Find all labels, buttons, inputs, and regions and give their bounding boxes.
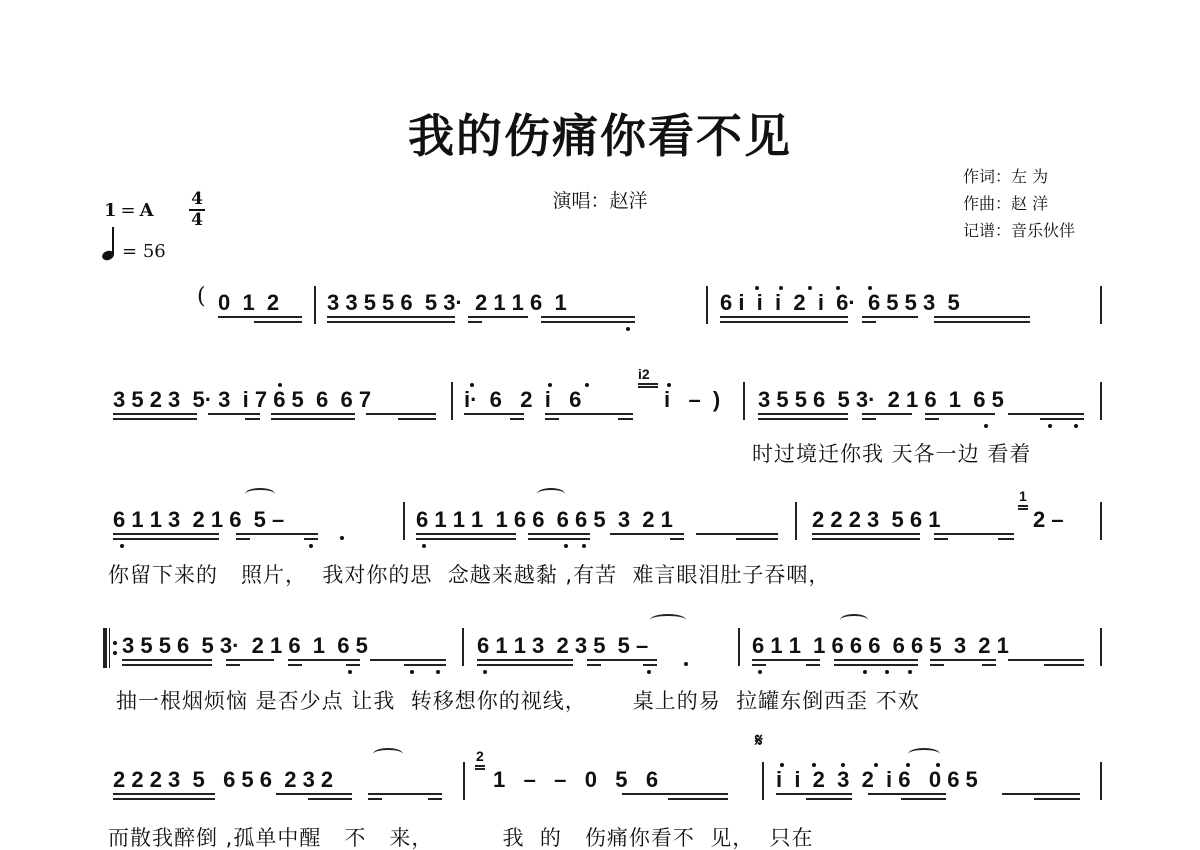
slur — [908, 748, 940, 760]
underline — [428, 798, 442, 800]
high-octave-dot — [868, 286, 872, 290]
underline — [545, 418, 559, 420]
underline — [327, 321, 455, 323]
underline — [812, 533, 920, 535]
high-octave-dot — [874, 763, 878, 767]
underline — [758, 413, 848, 415]
lyrics-line-2: 你留下来的 照片， 我对你的思 念越来越黏 ,有苦 难言眼泪肚子吞咽， — [108, 559, 830, 589]
bar-line — [1100, 286, 1102, 324]
underline — [113, 793, 215, 795]
underline — [622, 793, 728, 795]
underline — [1008, 659, 1084, 661]
tempo-equals: = — [122, 241, 137, 262]
underline — [113, 538, 219, 540]
bar-line — [743, 382, 745, 420]
composer-credit: 作曲：赵 洋 — [963, 190, 1075, 217]
underline — [122, 659, 212, 661]
repeat-start-thin-bar — [109, 628, 110, 668]
high-octave-dot — [936, 763, 940, 767]
grace-underline — [1018, 508, 1028, 510]
notes-measure-1: 3 3 5 5 6 5 3· 2 1 1 6 1 — [327, 290, 567, 316]
high-octave-dot — [548, 383, 552, 387]
underline — [1044, 664, 1084, 666]
underline — [982, 664, 996, 666]
underline — [587, 664, 601, 666]
slur — [245, 488, 275, 500]
high-octave-dot — [812, 763, 816, 767]
slur — [840, 614, 868, 626]
high-octave-dot — [780, 763, 784, 767]
bar-line — [463, 762, 465, 800]
underline — [901, 798, 946, 800]
low-octave-dot — [908, 670, 912, 674]
low-octave-dot — [758, 670, 762, 674]
underline — [934, 316, 1030, 318]
underline — [276, 793, 352, 795]
grace-note: 2 — [476, 748, 484, 764]
grace-notes: i2 — [638, 366, 650, 382]
grace-note: 1 — [1019, 488, 1027, 504]
underline — [696, 533, 778, 535]
underline — [113, 533, 219, 535]
grace-underline — [475, 768, 485, 770]
grace-underline — [1018, 505, 1028, 507]
repeat-start-thick-bar — [103, 628, 107, 668]
low-octave-dot — [647, 670, 651, 674]
underline — [934, 538, 948, 540]
high-octave-dot — [836, 286, 840, 290]
underline — [758, 418, 848, 420]
underline — [218, 316, 302, 318]
underline — [510, 418, 524, 420]
low-octave-dot — [309, 544, 313, 548]
underline — [752, 659, 820, 661]
underline — [271, 418, 355, 420]
underline — [464, 413, 524, 415]
underline — [776, 793, 852, 795]
notes-measure-4-end: i – ) — [664, 387, 720, 413]
tempo-marking: = 56 — [102, 234, 166, 262]
lyrics-line-4: 而散我醉倒 ,孤单中醒 不 来， 我 的 伤痛你看不 见， 只在 — [108, 822, 814, 850]
low-octave-dot — [863, 670, 867, 674]
credits-block: 作词：左 为 作曲：赵 洋 记谱：音乐伙伴 — [963, 163, 1075, 244]
low-octave-dot — [582, 544, 586, 548]
low-octave-dot — [1048, 424, 1052, 428]
underline — [288, 659, 360, 661]
underline — [668, 798, 728, 800]
high-octave-dot — [667, 383, 671, 387]
notes-measure-6: 6 1 1 3 2 1 6 5 – — [113, 507, 284, 533]
underline — [720, 316, 848, 318]
notes-measure-8: 2 2 2 3 5 6 1 — [812, 507, 940, 533]
underline — [113, 413, 197, 415]
notes-measure-11: 6 1 1 1 6 6 6 6 6 5 3 2 1 — [752, 633, 1009, 659]
slur — [537, 488, 565, 500]
time-signature-bottom: 4 — [187, 211, 207, 230]
segno-icon: 𝄋 — [755, 730, 763, 751]
notes-measure-13: 1 – – 0 5 6 — [493, 767, 658, 793]
underline — [934, 533, 1014, 535]
underline — [346, 664, 360, 666]
notes-pickup: 0 1 2 — [218, 290, 279, 316]
underline — [1002, 793, 1080, 795]
underline — [254, 321, 302, 323]
underline — [245, 418, 260, 420]
underline — [366, 413, 436, 415]
low-octave-dot — [684, 662, 688, 666]
high-octave-dot — [278, 383, 282, 387]
underline — [806, 664, 820, 666]
underline — [545, 413, 633, 415]
underline — [925, 418, 939, 420]
underline — [528, 533, 590, 535]
underline — [398, 418, 436, 420]
low-octave-dot — [340, 536, 344, 540]
underline — [308, 798, 352, 800]
bar-line — [738, 628, 740, 666]
notes-measure-14: i i 2 3 2 i 6 0 6 5 — [776, 767, 978, 793]
high-octave-dot — [906, 763, 910, 767]
low-octave-dot — [120, 544, 124, 548]
underline — [368, 798, 382, 800]
notes-measure-9: 3 5 5 6 5 3· 2 1 6 1 6 5 — [122, 633, 368, 659]
slur — [650, 614, 686, 626]
key-signature: 1=A — [104, 200, 154, 221]
repeat-dot — [113, 651, 117, 655]
underline — [304, 538, 318, 540]
underline — [113, 418, 197, 420]
repeat-dot — [113, 641, 117, 645]
bar-line — [403, 502, 405, 540]
notes-measure-7: 6 1 1 1 1 6 6 6 6 5 3 2 1 — [416, 507, 673, 533]
grace-underline — [638, 383, 658, 385]
notes-measure-4: i· 6 2 i 6 — [464, 387, 581, 413]
bar-line — [1100, 502, 1102, 540]
notes-measure-10: 6 1 1 3 2 3 5 5 – — [477, 633, 648, 659]
underline — [752, 664, 766, 666]
underline — [720, 321, 848, 323]
underline — [670, 538, 684, 540]
low-octave-dot — [483, 670, 487, 674]
underline — [468, 321, 482, 323]
slur — [373, 748, 403, 760]
underline — [271, 413, 355, 415]
bar-line — [462, 628, 464, 666]
underline — [618, 418, 633, 420]
underline — [113, 798, 215, 800]
underline — [541, 321, 635, 323]
underline — [477, 659, 573, 661]
underline — [587, 659, 657, 661]
grace-underline — [638, 386, 658, 388]
underline — [236, 533, 318, 535]
low-octave-dot — [564, 544, 568, 548]
underline — [925, 413, 995, 415]
underline — [477, 664, 573, 666]
underline — [208, 413, 260, 415]
high-octave-dot — [808, 286, 812, 290]
high-octave-dot — [841, 763, 845, 767]
underline — [368, 793, 442, 795]
notes-measure-12: 2 2 2 3 5 6 5 6 2 3 2 — [113, 767, 333, 793]
underline — [862, 316, 918, 318]
underline — [541, 316, 635, 318]
underline — [812, 538, 920, 540]
key-tonic: 1 — [104, 200, 117, 221]
low-octave-dot — [984, 424, 988, 428]
notes-measure-3: 3 5 2 3 5· 3 i 7 6 5 6 6 7 — [113, 387, 371, 413]
low-octave-dot — [626, 327, 630, 331]
lyrics-line-1: 时过境迁你我 天各一边 看着 — [752, 438, 1031, 468]
underline — [643, 664, 657, 666]
bar-line — [1100, 762, 1102, 800]
tempo-bpm: 56 — [143, 241, 166, 262]
time-signature: 4 4 — [187, 190, 207, 230]
underline — [868, 793, 946, 795]
underline — [528, 538, 590, 540]
key-equals: = — [121, 200, 136, 221]
low-octave-dot — [422, 544, 426, 548]
time-signature-top: 4 — [187, 190, 207, 209]
underline — [934, 321, 1030, 323]
notes-measure-2: 6 i i i 2 i 6· 6 5 5 3 5 — [720, 290, 960, 316]
underline — [998, 538, 1014, 540]
underline — [468, 316, 528, 318]
high-octave-dot — [779, 286, 783, 290]
low-octave-dot — [410, 670, 414, 674]
bar-line — [706, 286, 708, 324]
underline — [930, 659, 996, 661]
bar-line — [314, 286, 316, 324]
low-octave-dot — [885, 670, 889, 674]
bar-line — [451, 382, 453, 420]
low-octave-dot — [436, 670, 440, 674]
low-octave-dot — [348, 670, 352, 674]
underline — [327, 316, 455, 318]
lyrics-line-3: 抽一根烟烦恼 是否少点 让我 转移想你的视线， 桌上的易 拉罐东倒西歪 不欢 — [116, 685, 920, 715]
underline — [404, 664, 446, 666]
underline — [834, 664, 918, 666]
open-paren: ( — [197, 284, 206, 309]
underline — [610, 533, 684, 535]
underline — [370, 659, 446, 661]
underline — [416, 533, 516, 535]
bar-line — [795, 502, 797, 540]
grace-underline — [475, 765, 485, 767]
lyricist-credit: 作词：左 为 — [963, 163, 1075, 190]
key-note: A — [140, 200, 154, 221]
high-octave-dot — [755, 286, 759, 290]
bar-line — [1100, 382, 1102, 420]
quarter-note-stem — [112, 227, 114, 255]
underline — [862, 321, 876, 323]
underline — [1008, 413, 1084, 415]
underline — [1034, 798, 1080, 800]
underline — [122, 664, 212, 666]
underline — [862, 413, 912, 415]
notes-measure-8-end: 2 – — [1033, 507, 1064, 533]
transcriber-credit: 记谱：音乐伙伴 — [963, 217, 1075, 244]
underline — [236, 538, 250, 540]
underline — [862, 418, 876, 420]
low-octave-dot — [1074, 424, 1078, 428]
underline — [226, 659, 274, 661]
underline — [416, 538, 516, 540]
underline — [288, 664, 302, 666]
song-title: 我的伤痛你看不见 — [0, 100, 1200, 166]
underline — [736, 538, 778, 540]
notes-measure-5: 3 5 5 6 5 3· 2 1 6 1 6 5 — [758, 387, 1004, 413]
high-octave-dot — [585, 383, 589, 387]
underline — [1040, 418, 1084, 420]
underline — [834, 659, 918, 661]
high-octave-dot — [470, 383, 474, 387]
bar-line — [1100, 628, 1102, 666]
bar-line — [762, 762, 764, 800]
underline — [226, 664, 240, 666]
underline — [930, 664, 944, 666]
underline — [806, 798, 852, 800]
